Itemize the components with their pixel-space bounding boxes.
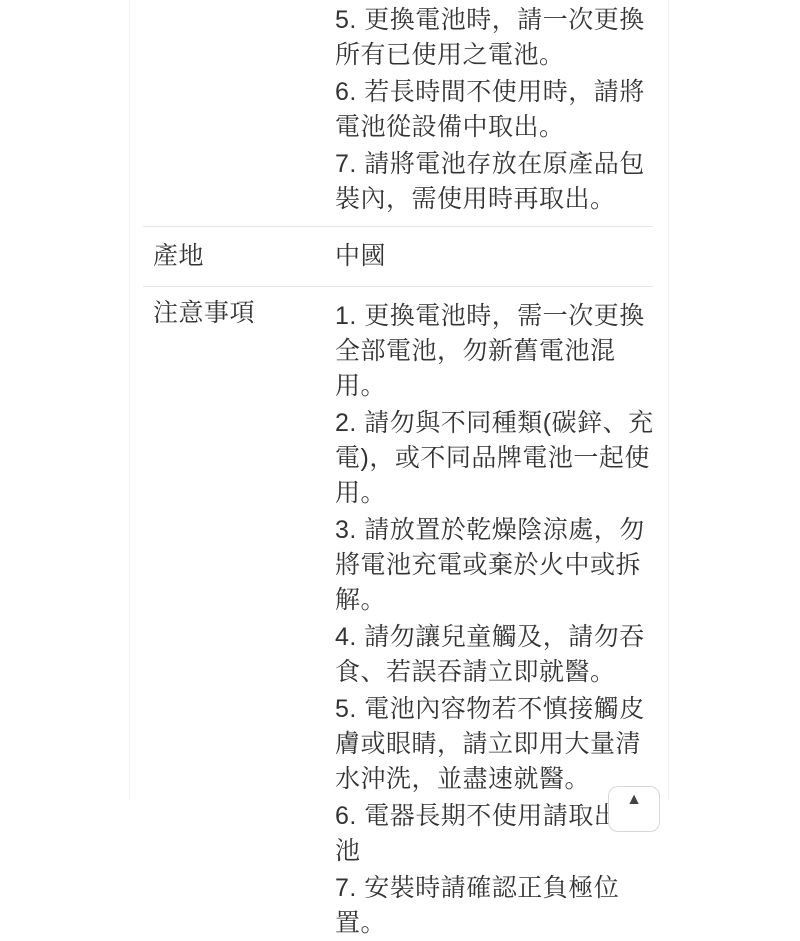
chevron-up-icon: ▲ [626,792,642,800]
spec-label-precautions: 注意事項 [153,299,335,327]
usage-item: 7. 請將電池存放在原產品包裝內，需使用時再取出。 [335,147,666,217]
spec-row-origin: 產地 中國 [130,227,668,286]
precaution-item: 1. 更換電池時，需一次更換全部電池，勿新舊電池混用。 [335,299,666,404]
back-to-top-button[interactable]: ▲ [608,786,660,800]
spec-label-origin: 產地 [153,242,335,270]
spec-row-precautions: 注意事項 1. 更換電池時，需一次更換全部電池，勿新舊電池混用。 2. 請勿與不… [130,287,668,800]
origin-value: 中國 [335,242,666,270]
usage-item: 5. 更換電池時，請一次更換所有已使用之電池。 [335,3,666,73]
spec-value-origin: 中國 [335,242,666,270]
product-spec-table: 5. 更換電池時，請一次更換所有已使用之電池。 6. 若長時間不使用時，請將電池… [130,0,668,800]
spec-value-precautions: 1. 更換電池時，需一次更換全部電池，勿新舊電池混用。 2. 請勿與不同種類(碳… [335,299,666,800]
usage-item: 6. 若長時間不使用時，請將電池從設備中取出。 [335,75,666,145]
precaution-item: 4. 請勿讓兒童觸及，請勿吞食、若誤吞請立即就醫。 [335,620,666,690]
spec-row-partial: 5. 更換電池時，請一次更換所有已使用之電池。 6. 若長時間不使用時，請將電池… [130,0,668,226]
content-right-border [668,0,669,800]
precaution-item: 3. 請放置於乾燥陰涼處，勿將電池充電或棄於火中或拆解。 [335,513,666,618]
precaution-item: 2. 請勿與不同種類(碳鋅、充電)，或不同品牌電池一起使用。 [335,406,666,511]
precaution-item: 5. 電池內容物若不慎接觸皮膚或眼睛，請立即用大量清水沖洗，並盡速就醫。 [335,692,666,797]
